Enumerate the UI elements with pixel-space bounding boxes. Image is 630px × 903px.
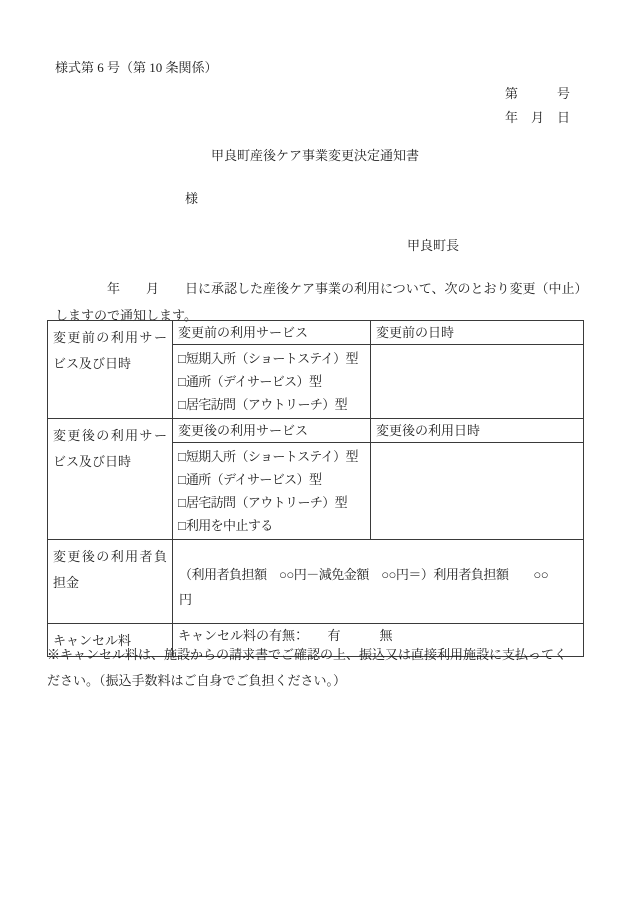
checkbox-icon[interactable]: □ [178, 397, 186, 412]
service-option: □短期入所（ショートステイ）型 [178, 445, 365, 468]
service-option: □利用を中止する [178, 514, 365, 537]
service-option: □居宅訪問（アウトリーチ）型 [178, 491, 365, 514]
checkbox-icon[interactable]: □ [178, 374, 186, 389]
document-number-line: 第 号 [505, 83, 570, 102]
before-datetime-value-cell[interactable] [371, 345, 584, 419]
checkbox-icon[interactable]: □ [178, 495, 186, 510]
page-title: 甲良町産後ケア事業変更決定通知書 [0, 145, 630, 164]
fee-row-label: 変更後の利用者負担金 [48, 540, 173, 624]
form-number: 様式第 6 号（第 10 条関係） [55, 57, 218, 76]
document-page: 様式第 6 号（第 10 条関係） 第 号 年 月 日 甲良町産後ケア事業変更決… [0, 0, 630, 903]
service-option-label: 短期入所（ショートステイ）型 [186, 351, 358, 366]
fee-formula-text: （利用者負担額 ○○円－減免金額 ○○円＝）利用者負担額 ○○ 円 [173, 540, 584, 624]
after-datetime-header: 変更後の利用日時 [371, 419, 584, 443]
service-option-label: 短期入所（ショートステイ）型 [186, 449, 358, 464]
after-service-header: 変更後の利用サービス [173, 419, 371, 443]
table-row-fee: 変更後の利用者負担金 （利用者負担額 ○○円－減免金額 ○○円＝）利用者負担額 … [48, 540, 584, 624]
date-line: 年 月 日 [505, 107, 570, 126]
service-option-label: 居宅訪問（アウトリーチ）型 [186, 397, 347, 412]
table-row-before-header: 変更前の利用サービス及び日時 変更前の利用サービス 変更前の日時 [48, 321, 584, 345]
checkbox-icon[interactable]: □ [178, 449, 186, 464]
service-option: □通所（デイサービス）型 [178, 370, 365, 393]
before-service-header: 変更前の利用サービス [173, 321, 371, 345]
after-datetime-value-cell[interactable] [371, 443, 584, 540]
before-section-label: 変更前の利用サービス及び日時 [48, 321, 173, 419]
service-option: □短期入所（ショートステイ）型 [178, 347, 365, 370]
sender-name: 甲良町長 [407, 235, 459, 254]
service-option: □通所（デイサービス）型 [178, 468, 365, 491]
checkbox-icon[interactable]: □ [178, 351, 186, 366]
addressee-suffix: 様 [185, 188, 198, 207]
after-section-label: 変更後の利用サービス及び日時 [48, 419, 173, 540]
service-option-label: 通所（デイサービス）型 [186, 374, 322, 389]
change-details-table: 変更前の利用サービス及び日時 変更前の利用サービス 変更前の日時 □短期入所（シ… [47, 320, 584, 657]
checkbox-icon[interactable]: □ [178, 518, 186, 533]
service-option-label: 通所（デイサービス）型 [186, 472, 322, 487]
service-option: □居宅訪問（アウトリーチ）型 [178, 393, 365, 416]
before-service-options-cell: □短期入所（ショートステイ）型 □通所（デイサービス）型 □居宅訪問（アウトリー… [173, 345, 371, 419]
service-option-label: 居宅訪問（アウトリーチ）型 [186, 495, 347, 510]
before-datetime-header: 変更前の日時 [371, 321, 584, 345]
cancel-fee-footnote: ※キャンセル料は、施設からの請求書でご確認の上、振込又は直接利用施設に支払ってく… [47, 642, 592, 694]
checkbox-icon[interactable]: □ [178, 472, 186, 487]
table-row-after-header: 変更後の利用サービス及び日時 変更後の利用サービス 変更後の利用日時 [48, 419, 584, 443]
after-service-options-cell: □短期入所（ショートステイ）型 □通所（デイサービス）型 □居宅訪問（アウトリー… [173, 443, 371, 540]
service-option-label: 利用を中止する [186, 518, 273, 533]
